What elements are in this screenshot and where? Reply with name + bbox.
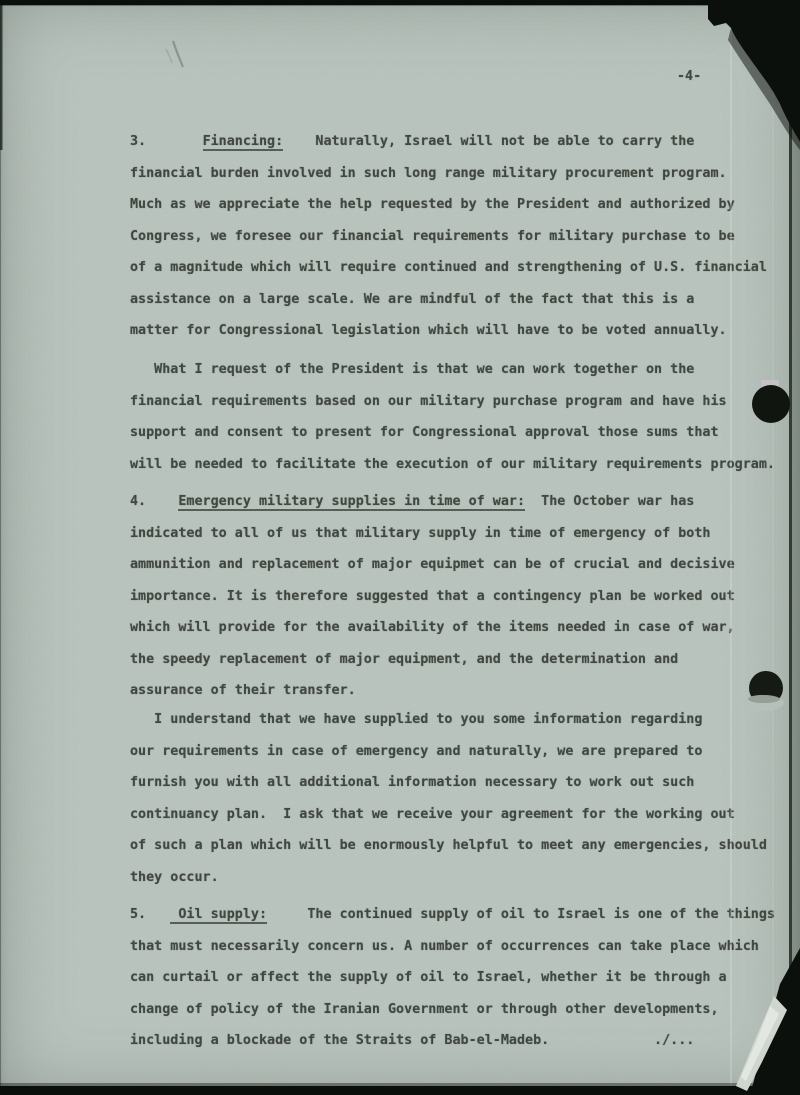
document-line: importance. It is therefore suggested th…	[130, 581, 735, 613]
text-segment: assurance of their transfer.	[130, 683, 356, 698]
document-line: our requirements in case of emergency an…	[130, 736, 767, 768]
underlined-heading: Emergency military supplies in time of w…	[178, 494, 525, 511]
document-line: of a magnitude which will require contin…	[130, 252, 767, 284]
document-line: they occur.	[130, 862, 767, 894]
document-line: Congress, we foresee our financial requi…	[130, 221, 767, 253]
document-line: 4. Emergency military supplies in time o…	[130, 486, 735, 518]
text-segment: the speedy replacement of major equipmen…	[130, 652, 678, 667]
section-3-financing: 3. Financing: Naturally, Israel will not…	[130, 126, 767, 347]
scanned-document-page: -4- 3. Financing: Naturally, Israel will…	[0, 0, 800, 1095]
text-segment: support and consent to present for Congr…	[130, 425, 719, 440]
document-line: assurance of their transfer.	[130, 675, 735, 707]
underlined-heading: Oil supply:	[170, 907, 267, 924]
text-segment: they occur.	[130, 870, 219, 885]
document-line: assistance on a large scale. We are mind…	[130, 284, 767, 316]
document-line: that must necessarily concern us. A numb…	[130, 931, 775, 963]
text-segment: The October war has	[525, 494, 694, 509]
text-segment: Much as we appreciate the help requested…	[130, 197, 735, 212]
document-line: ammunition and replacement of major equi…	[130, 549, 735, 581]
document-line: financial burden involved in such long r…	[130, 158, 767, 190]
text-segment: can curtail or affect the supply of oil …	[130, 970, 727, 985]
text-segment: 5.	[130, 907, 170, 922]
document-line: 3. Financing: Naturally, Israel will not…	[130, 126, 767, 158]
text-segment: financial burden involved in such long r…	[130, 166, 727, 181]
document-line: financial requirements based on our mili…	[130, 386, 775, 418]
text-segment: continuancy plan. I ask that we receive …	[130, 807, 735, 822]
document-line: including a blockade of the Straits of B…	[130, 1025, 775, 1057]
document-line: 5. Oil supply: The continued supply of o…	[130, 899, 775, 931]
document-line: can curtail or affect the supply of oil …	[130, 962, 775, 994]
text-segment: of a magnitude which will require contin…	[130, 260, 767, 275]
document-line: indicated to all of us that military sup…	[130, 518, 735, 550]
text-segment: indicated to all of us that military sup…	[130, 526, 710, 541]
document-line: What I request of the President is that …	[130, 354, 775, 386]
document-line: of such a plan which will be enormously …	[130, 830, 767, 862]
section-5-oil-supply: 5. Oil supply: The continued supply of o…	[130, 899, 775, 1057]
text-segment: 4.	[130, 494, 178, 509]
document-line: support and consent to present for Congr…	[130, 417, 775, 449]
text-segment: will be needed to facilitate the executi…	[130, 457, 775, 472]
document-line: Much as we appreciate the help requested…	[130, 189, 767, 221]
text-segment: importance. It is therefore suggested th…	[130, 589, 735, 604]
text-segment: ammunition and replacement of major equi…	[130, 557, 735, 572]
document-line: I understand that we have supplied to yo…	[130, 704, 767, 736]
text-segment: Naturally, Israel will not be able to ca…	[283, 134, 694, 149]
document-line: matter for Congressional legislation whi…	[130, 315, 767, 347]
document-line: furnish you with all additional informat…	[130, 767, 767, 799]
text-segment: assistance on a large scale. We are mind…	[130, 292, 694, 307]
text-segment: furnish you with all additional informat…	[130, 775, 694, 790]
text-segment: that must necessarily concern us. A numb…	[130, 939, 759, 954]
document-line: change of policy of the Iranian Governme…	[130, 994, 775, 1026]
text-segment: matter for Congressional legislation whi…	[130, 323, 727, 338]
document-line: continuancy plan. I ask that we receive …	[130, 799, 767, 831]
section-4-emergency-supplies: 4. Emergency military supplies in time o…	[130, 486, 735, 707]
text-segment: I understand that we have supplied to yo…	[130, 712, 702, 727]
text-segment: financial requirements based on our mili…	[130, 394, 727, 409]
document-line: which will provide for the availability …	[130, 612, 735, 644]
text-segment: including a blockade of the Straits of B…	[130, 1033, 694, 1048]
text-segment: of such a plan which will be enormously …	[130, 838, 767, 853]
text-segment: The continued supply of oil to Israel is…	[267, 907, 775, 922]
text-segment: which will provide for the availability …	[130, 620, 735, 635]
document-line: will be needed to facilitate the executi…	[130, 449, 775, 481]
text-segment: 3.	[130, 134, 203, 149]
document-line: the speedy replacement of major equipmen…	[130, 644, 735, 676]
paragraph-request-of-president: What I request of the President is that …	[130, 354, 775, 480]
paragraph-understand-information: I understand that we have supplied to yo…	[130, 704, 767, 893]
text-segment: change of policy of the Iranian Governme…	[130, 1002, 719, 1017]
document-body: 3. Financing: Naturally, Israel will not…	[0, 0, 800, 1095]
underlined-heading: Financing:	[203, 134, 284, 151]
text-segment: our requirements in case of emergency an…	[130, 744, 702, 759]
text-segment: What I request of the President is that …	[130, 362, 694, 377]
text-segment: Congress, we foresee our financial requi…	[130, 229, 735, 244]
